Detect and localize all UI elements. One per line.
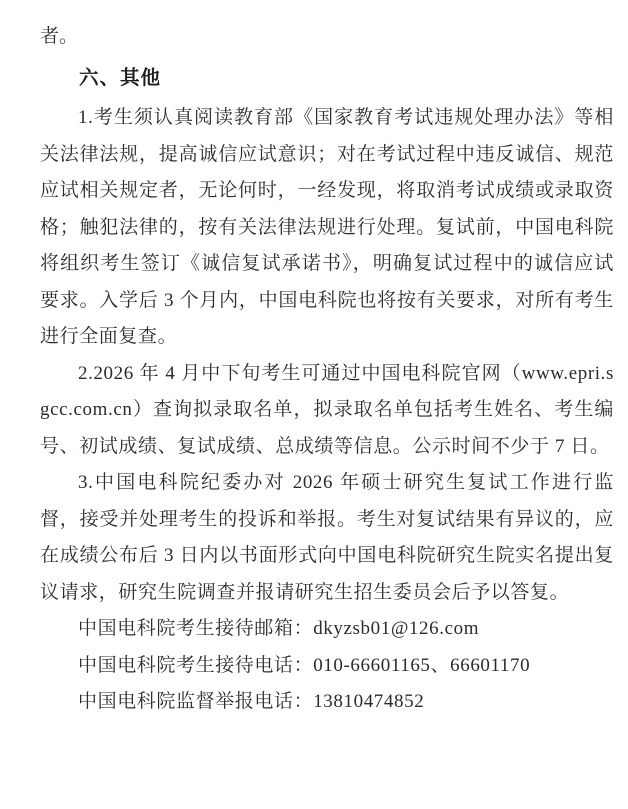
- contact-report-phone-line: 中国电科院监督举报电话：13810474852: [40, 684, 614, 721]
- paragraph-exam-integrity: 1.考生须认真阅读教育部《国家教育考试违规处理办法》等相关法律法规，提高诚信应试…: [40, 100, 614, 356]
- section-heading: 六、其他: [40, 58, 614, 98]
- contact-email-line: 中国电科院考生接待邮箱：dkyzsb01@126.com: [40, 611, 614, 648]
- paragraph-admission-list: 2.2026 年 4 月中下旬考生可通过中国电科院官网（www.epri.sgc…: [40, 356, 614, 466]
- contact-phone-line: 中国电科院考生接待电话：010-66601165、66601170: [40, 648, 614, 685]
- paragraph-supervision: 3.中国电科院纪委办对 2026 年硕士研究生复试工作进行监督，接受并处理考生的…: [40, 465, 614, 611]
- document-page: 者。 六、其他 1.考生须认真阅读教育部《国家教育考试违规处理办法》等相关法律法…: [0, 0, 628, 809]
- paragraph-continuation: 者。: [40, 18, 614, 55]
